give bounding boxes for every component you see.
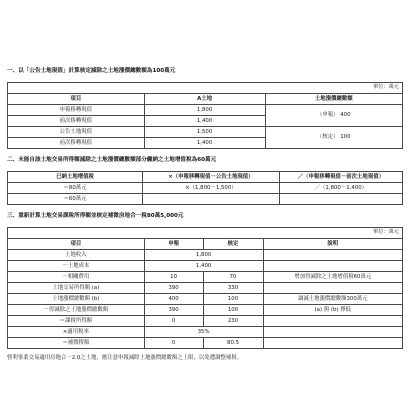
row-label: 土地交易所得額 (a) [8,282,145,293]
table-paid-lvit-formula: 已納土地增值稅 ×（申報移轉現值－公告土地現值） ／（申報移轉現值－前次土地現值… [7,171,403,205]
cell-remark [263,337,402,348]
cell-assessed: 230 [203,315,263,326]
cell-declared: 390 [144,282,203,293]
table-header-row: 項目 A土地 土地漲價總數額 [8,93,403,104]
row-label: 土地收入 [8,249,145,260]
section-3-title: 三、重新計算土地交易課稅所得額並核定補徵房地合一稅80萬5,000元 [7,213,403,220]
cell-value: 1,400 [144,137,265,148]
table-row: 土地交易所得額 (a) 390 330 [8,282,403,293]
footer-note: 營利事業交易適用房地合一2.0之土地，應注意申報減除土地漲價總數額之上限，以免遭… [7,355,403,362]
cell-remark [263,326,402,337]
cell-remark: (a) 與 (b) 擇低 [263,304,402,315]
row-label: ×適用稅率 [8,326,145,337]
cell-declared: 390 [144,304,203,315]
table-recomputed-taxable-income: 單位：萬元 項目 申報 核定 說明 土地收入 1,800 －土地成本 1,400… [7,227,403,349]
cell-value: ＝80萬元 [8,182,143,193]
col-header-item: 項目 [8,93,145,104]
row-label: 申報移轉現值 [8,104,145,115]
row-label: －相關費用 [8,271,145,282]
table-row: －得減除之土地漲價總數額 390 100 (a) 與 (b) 擇低 [8,304,403,315]
row-label: －得減除之土地漲價總數額 [8,304,145,315]
cell-value: 1,400 [144,115,265,126]
cell-value: 1,800 [144,104,265,115]
table-row: ×適用稅率 35% [8,326,403,337]
row-label: ＝課稅所得額 [8,315,145,326]
cell-value-span: 1,800 [144,249,263,260]
table-row: ＝補徵稅額 0 80.5 [8,337,403,348]
col-header-paid-lvit: 已納土地增值稅 [8,171,143,182]
section-1-title: 一、以「公告土地現值」計算核定減除之土地漲價總數額為100萬元 [7,68,403,75]
row-label: 前次移轉現值 [8,137,145,148]
cell-value-span: 1,400 [144,260,263,271]
cell-value-span: 35% [144,326,263,337]
cell-assessed: 80.5 [203,337,263,348]
col-header-multiply-term: ×（申報移轉現值－公告土地現值） [143,171,280,182]
col-header-declared: 申報 [144,238,203,249]
row-label: 土地漲價總數額 (b) [8,293,145,304]
cell-remark [263,315,402,326]
cell-assessed-amount: （核定） 100 [265,126,402,148]
table-row: 申報移轉現值 1,800 （申報） 400 [8,104,403,115]
table-row: －土地成本 1,400 [8,260,403,271]
cell-declared: 400 [144,293,203,304]
table-header-row: 項目 申報 核定 說明 [8,238,403,249]
row-label: 公告土地現值 [8,126,145,137]
table-row: ＝課稅所得額 0 230 [8,315,403,326]
col-header-assessed: 核定 [203,238,263,249]
row-label: ＝補徵稅額 [8,337,145,348]
table-row: ＝60萬元 [8,193,403,204]
cell-empty [279,193,402,204]
table-row: ＝80萬元 ×（1,800－1,500） ／（1,800－1,400） [8,182,403,193]
cell-remark: 增加得減除之土地增值稅60萬元 [263,271,402,282]
cell-declared: 10 [144,271,203,282]
row-label: 前次移轉現值 [8,115,145,126]
cell-remark: 調減土地漲價總數額300萬元 [263,293,402,304]
table-land-value-increment: 單位：萬元 項目 A土地 土地漲價總數額 申報移轉現值 1,800 （申報） 4… [7,82,403,149]
cell-declared-amount: （申報） 400 [265,104,402,126]
cell-result: ＝60萬元 [8,193,143,204]
cell-assessed: 330 [203,282,263,293]
table-row: －相關費用 10 70 增加得減除之土地增值稅60萬元 [8,271,403,282]
cell-declared: 0 [144,337,203,348]
cell-empty [143,193,280,204]
table-header-row: 已納土地增值稅 ×（申報移轉現值－公告土地現值） ／（申報移轉現值－前次土地現值… [8,171,403,182]
cell-assessed: 70 [203,271,263,282]
col-header-land-a: A土地 [144,93,265,104]
row-label: －土地成本 [8,260,145,271]
table-row-unit: 單位：萬元 [8,82,403,93]
cell-remark [263,282,402,293]
col-header-divide-term: ／（申報移轉現值－前次土地現值） [279,171,402,182]
col-header-item: 項目 [8,238,145,249]
unit-label: 單位：萬元 [8,82,403,93]
col-header-increment-total: 土地漲價總數額 [265,93,402,104]
cell-assessed: 100 [203,293,263,304]
cell-remark [263,260,402,271]
unit-label: 單位：萬元 [8,227,403,238]
section-2-title: 二、未能自該土地交易所得額減除之土地漲價總數額部分繳納之土地增值稅為60萬元 [7,157,403,164]
cell-value: 1,500 [144,126,265,137]
cell-value: ／（1,800－1,400） [279,182,402,193]
cell-value: ×（1,800－1,500） [143,182,280,193]
cell-remark [263,249,402,260]
table-row: 公告土地現值 1,500 （核定） 100 [8,126,403,137]
table-row: 土地收入 1,800 [8,249,403,260]
table-row: 土地漲價總數額 (b) 400 100 調減土地漲價總數額300萬元 [8,293,403,304]
document-page: 一、以「公告土地現值」計算核定減除之土地漲價總數額為100萬元 單位：萬元 項目… [0,0,410,362]
table-row-unit: 單位：萬元 [8,227,403,238]
cell-declared: 0 [144,315,203,326]
cell-assessed: 100 [203,304,263,315]
col-header-remarks: 說明 [263,238,402,249]
